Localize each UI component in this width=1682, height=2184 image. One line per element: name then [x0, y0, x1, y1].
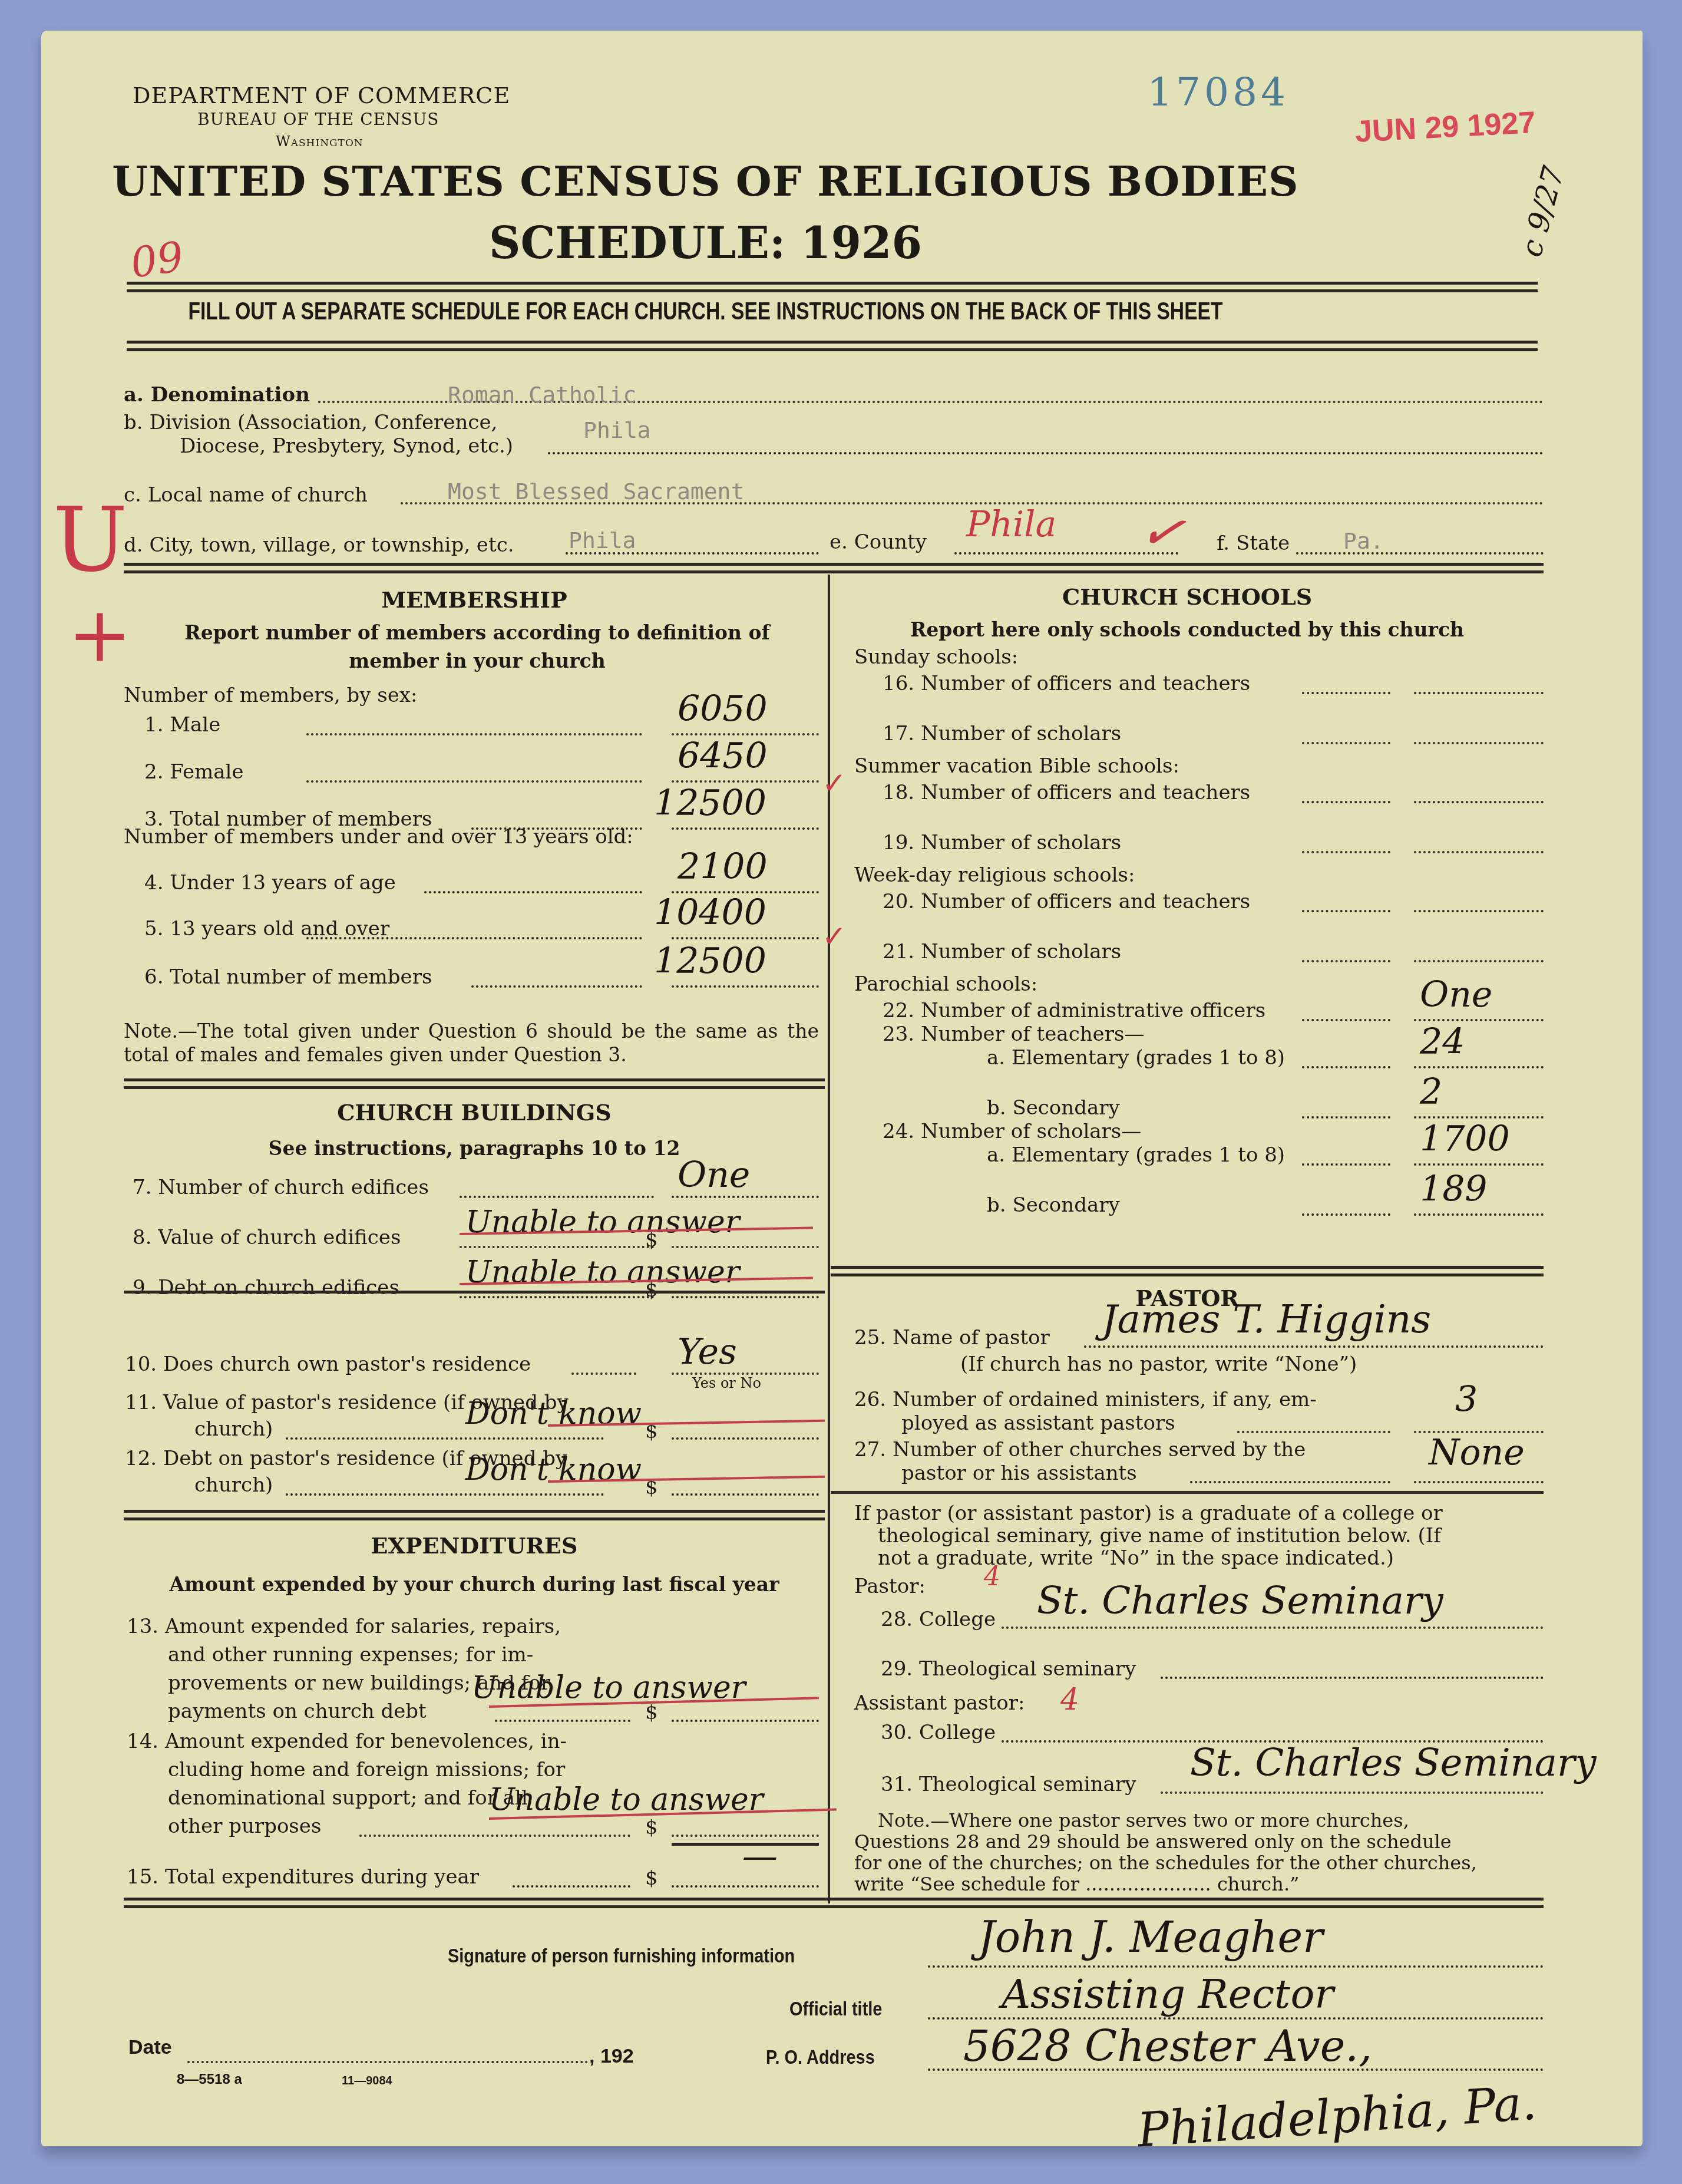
building-value-line: [672, 1296, 819, 1298]
q14-label: denominational support; and for all: [168, 1786, 528, 1810]
school-value-line: [1414, 851, 1544, 853]
dollar-sign: $: [645, 1866, 658, 1890]
school-value-line: [1414, 1066, 1544, 1068]
school-group-label: Summer vacation Bible schools:: [854, 754, 1179, 778]
q13-label: and other running expenses; for im-: [168, 1643, 533, 1667]
membership-value-line: [672, 985, 819, 988]
membership-value-field[interactable]: 12500: [654, 941, 766, 982]
bureau-city: Washington: [276, 133, 364, 150]
school-value-line: [1414, 910, 1544, 912]
assistant-subheading: Assistant pastor:: [854, 1691, 1025, 1715]
building-value-line: [672, 1493, 819, 1496]
q13-label: payments on church debt: [168, 1700, 427, 1723]
q25-line: [1084, 1345, 1544, 1348]
school-row-label: 23. Number of teachers—: [883, 1022, 1144, 1046]
church-name-label: c. Local name of church: [124, 483, 368, 507]
schools-heading: CHURCH SCHOOLS: [831, 583, 1544, 610]
building-row-leader: [460, 1296, 654, 1298]
membership-value-field[interactable]: 6050: [678, 688, 768, 730]
school-value-line: [1414, 801, 1544, 803]
membership-check-3: ✓: [822, 766, 847, 800]
school-row-label: b. Secondary: [987, 1193, 1120, 1217]
school-row-label: b. Secondary: [987, 1096, 1120, 1120]
college-field[interactable]: St. Charles Seminary: [1037, 1579, 1443, 1623]
membership-row-leader: [306, 937, 642, 939]
membership-value-line: [672, 827, 819, 830]
q25-hint: (If church has no pastor, write “None”): [960, 1352, 1357, 1376]
q13-label: 13. Amount expended for salaries, repair…: [127, 1615, 561, 1638]
buildings-heading: CHURCH BUILDINGS: [124, 1099, 825, 1126]
dollar-sign: $: [645, 1816, 658, 1839]
membership-value-line: [672, 937, 819, 939]
identity-rule: [124, 563, 1544, 573]
q14-label: cluding home and foreign missions; for: [168, 1758, 565, 1781]
signature-label: Signature of person furnishing informati…: [448, 1945, 795, 1968]
q31-line: [1161, 1792, 1544, 1794]
expenditures-heading: EXPENDITURES: [124, 1532, 825, 1559]
q14-label: other purposes: [168, 1814, 321, 1838]
q27-label: 27. Number of other churches served by t…: [854, 1438, 1306, 1462]
membership-value-field[interactable]: 2100: [678, 846, 768, 888]
q25-label: 25. Name of pastor: [854, 1326, 1050, 1350]
q15-value-line: [672, 1885, 819, 1888]
graduate-instructions: theological seminary, give name of insti…: [878, 1524, 1441, 1548]
school-row-leader: [1302, 1116, 1390, 1119]
building-row-label: 10. Does church own pastor's residence: [125, 1352, 531, 1376]
q27-leader: [1190, 1481, 1390, 1483]
school-value-field[interactable]: 2: [1420, 1071, 1442, 1113]
q13-leader: [495, 1720, 630, 1722]
school-group-label: Parochial schools:: [854, 972, 1037, 996]
signature-line: [928, 1965, 1544, 1968]
school-row-label: a. Elementary (grades 1 to 8): [987, 1046, 1285, 1070]
school-row-leader: [1302, 1163, 1390, 1166]
header-rule: [127, 282, 1538, 292]
pastor-note: for one of the churches; on the schedule…: [854, 1852, 1477, 1874]
buildings-rule: [124, 1510, 825, 1520]
membership-row-leader: [471, 985, 642, 988]
body-rule: [124, 1898, 1544, 1908]
q14-label: 14. Amount expended for benevolences, in…: [127, 1730, 567, 1753]
margin-u-mark: U: [53, 489, 127, 592]
school-row-label: a. Elementary (grades 1 to 8): [987, 1143, 1285, 1167]
membership-check-6: ✓: [822, 919, 847, 954]
county-label: e. County: [830, 530, 927, 554]
school-group-label: Week-day religious schools:: [854, 863, 1135, 887]
graduate-instructions: If pastor (or assistant pastor) is a gra…: [854, 1502, 1443, 1525]
building-row-leader: [286, 1493, 604, 1496]
division-line: [548, 452, 1544, 454]
by-age-label: Number of members under and over 13 year…: [124, 825, 633, 849]
membership-row-label: 1. Male: [144, 713, 220, 737]
q30-label: 30. College: [881, 1721, 996, 1744]
date-label: Date: [128, 2036, 172, 2059]
pastor-name-field[interactable]: James T. Higgins: [1102, 1296, 1431, 1342]
department-name: DEPARTMENT OF COMMERCE: [133, 83, 510, 108]
official-title-label: Official title: [789, 1998, 882, 2021]
q26-leader: [1237, 1431, 1390, 1433]
county-field[interactable]: Phila: [966, 504, 1056, 545]
membership-value-field[interactable]: 10400: [654, 892, 766, 933]
state-field[interactable]: Pa.: [1343, 528, 1384, 554]
state-label: f. State: [1217, 532, 1290, 555]
address-label: P. O. Address: [766, 2046, 875, 2069]
yes-no-hint: Yes or No: [692, 1375, 761, 1391]
q27-value-line: [1414, 1481, 1544, 1483]
school-row-leader: [1302, 801, 1390, 803]
date-line: [187, 2061, 588, 2063]
form-number: 8—5518 a: [177, 2071, 242, 2088]
membership-row-label: 2. Female: [144, 760, 244, 784]
school-row-leader: [1302, 742, 1390, 744]
school-row-leader: [1302, 851, 1390, 853]
school-row-label: 22. Number of administrative officers: [883, 999, 1265, 1022]
margin-cross-mark: +: [68, 589, 132, 679]
pastor-divider: [831, 1491, 1544, 1494]
building-row-leader: [286, 1437, 604, 1440]
q28-label: 28. College: [881, 1608, 996, 1631]
building-value-line: [672, 1246, 819, 1248]
school-row-leader: [1302, 1213, 1390, 1216]
membership-note: Note.—The total given under Question 6 s…: [124, 1020, 819, 1067]
division-label: b. Division (Association, Conference,: [124, 411, 497, 434]
schools-subheading: Report here only schools conducted by th…: [831, 616, 1544, 644]
pastor-red-mark: 4: [984, 1562, 1000, 1592]
q15-leader: [513, 1885, 630, 1888]
school-value-line: [1414, 1163, 1544, 1166]
state-line: [1296, 552, 1544, 555]
file-number-stamp: 17084: [1148, 70, 1289, 115]
pastor-note: Note.—Where one pastor serves two or mor…: [878, 1809, 1409, 1832]
school-row-label: 20. Number of officers and teachers: [883, 890, 1250, 913]
building-row-label: 9. Debt on church edifices: [133, 1276, 399, 1299]
assistant-red-mark: 4: [1060, 1682, 1079, 1717]
membership-value-field[interactable]: 12500: [654, 783, 766, 824]
school-row-label: 19. Number of scholars: [883, 831, 1121, 855]
q15-value-field[interactable]: —: [742, 1836, 778, 1877]
school-row-label: 21. Number of scholars: [883, 940, 1121, 964]
school-value-field[interactable]: 24: [1420, 1021, 1465, 1063]
membership-rule: [124, 1078, 825, 1089]
school-row-leader: [1302, 1066, 1390, 1068]
signature-field[interactable]: John J. Meagher: [978, 1912, 1323, 1962]
division-field[interactable]: Phila: [583, 417, 650, 443]
school-value-line: [1414, 960, 1544, 962]
other-churches-field[interactable]: None: [1429, 1432, 1525, 1473]
school-row-label: 24. Number of scholars—: [883, 1120, 1141, 1143]
pastor-note: write “See schedule for ................…: [854, 1873, 1299, 1895]
assistant-count-field[interactable]: 3: [1455, 1379, 1478, 1420]
bureau-name: BUREAU OF THE CENSUS: [197, 110, 439, 129]
membership-row-label: 6. Total number of members: [144, 965, 432, 989]
building-value-field[interactable]: Unable to answer: [465, 1255, 740, 1290]
q29-label: 29. Theological seminary: [881, 1657, 1136, 1681]
school-group-label: Sunday schools:: [854, 645, 1018, 669]
by-sex-label: Number of members, by sex:: [124, 684, 417, 707]
building-row-leader: [571, 1373, 636, 1375]
membership-heading: MEMBERSHIP: [124, 586, 825, 613]
form-title: UNITED STATES CENSUS OF RELIGIOUS BODIES: [0, 157, 1546, 206]
school-value-field[interactable]: 189: [1420, 1169, 1488, 1210]
pastor-note: Questions 28 and 29 should be answered o…: [854, 1830, 1452, 1853]
graduate-instructions: not a graduate, write “No” in the space …: [878, 1546, 1394, 1570]
building-value-field[interactable]: One: [678, 1154, 750, 1196]
membership-row-label: 4. Under 13 years of age: [144, 871, 396, 895]
schools-rule: [831, 1266, 1544, 1276]
banner-rule: [127, 341, 1538, 351]
division-label-2: Diocese, Presbytery, Synod, etc.): [180, 434, 513, 458]
buildings-divider: [124, 1291, 825, 1294]
building-row-label-2: church): [194, 1417, 273, 1441]
building-row-label: 8. Value of church edifices: [133, 1226, 401, 1249]
q26-label: 26. Number of ordained ministers, if any…: [854, 1388, 1317, 1411]
membership-value-field[interactable]: 6450: [678, 735, 768, 777]
official-title-field[interactable]: Assisting Rector: [1002, 1971, 1334, 2018]
school-row-leader: [1302, 960, 1390, 962]
school-value-field[interactable]: 1700: [1420, 1119, 1510, 1160]
school-value-field[interactable]: One: [1420, 974, 1492, 1015]
school-row-leader: [1302, 910, 1390, 912]
q31-label: 31. Theological seminary: [881, 1773, 1136, 1796]
denomination-label: a. Denomination: [124, 383, 310, 407]
expenditures-subheading: Amount expended by your church during la…: [124, 1571, 825, 1599]
assistant-seminary-field[interactable]: St. Charles Seminary: [1190, 1741, 1597, 1785]
building-row-label-2: church): [194, 1473, 273, 1497]
q29-line: [1161, 1677, 1544, 1679]
q14-leader: [359, 1835, 630, 1837]
denomination-field[interactable]: Roman Catholic: [448, 382, 636, 408]
building-row-label: 7. Number of church edifices: [133, 1176, 429, 1199]
date-year-suffix: , 192: [589, 2045, 634, 2068]
school-value-line: [1414, 692, 1544, 694]
building-value-field[interactable]: Yes: [678, 1331, 737, 1373]
building-value-line: [672, 1437, 819, 1440]
membership-subheading: Report number of members according to de…: [153, 619, 801, 675]
print-code: 11—9084: [342, 2074, 392, 2088]
school-value-line: [1414, 742, 1544, 744]
school-row-leader: [1302, 692, 1390, 694]
city-label: d. City, town, village, or township, etc…: [124, 533, 514, 557]
margin-code: 09: [128, 232, 187, 288]
membership-row-leader: [306, 780, 642, 783]
schedule-year: SCHEDULE: 1926: [0, 218, 1546, 269]
membership-row-leader: [306, 733, 642, 735]
q13-value-line: [672, 1720, 819, 1722]
school-value-line: [1414, 1213, 1544, 1216]
q26-label: ployed as assistant pastors: [901, 1411, 1175, 1435]
membership-row-leader: [424, 891, 642, 893]
q15-label: 15. Total expenditures during year: [127, 1865, 479, 1889]
school-row-label: 17. Number of scholars: [883, 722, 1121, 745]
building-row-leader: [460, 1196, 654, 1198]
school-row-label: 18. Number of officers and teachers: [883, 781, 1250, 804]
q27-label: pastor or his assistants: [901, 1462, 1137, 1485]
building-value-line: [672, 1196, 819, 1198]
q28-line: [1002, 1627, 1544, 1629]
school-row-label: 16. Number of officers and teachers: [883, 672, 1250, 695]
building-value-field[interactable]: Unable to answer: [465, 1205, 740, 1240]
church-name-field[interactable]: Most Blessed Sacrament: [448, 479, 744, 504]
address-field[interactable]: 5628 Chester Ave.,: [963, 2021, 1372, 2071]
instructions-banner: FILL OUT A SEPARATE SCHEDULE FOR EACH CH…: [33, 297, 1379, 325]
school-row-leader: [1302, 1019, 1390, 1021]
city-field[interactable]: Phila: [569, 527, 636, 553]
pastor-subheading: Pastor:: [854, 1575, 926, 1598]
building-row-leader: [460, 1246, 654, 1248]
